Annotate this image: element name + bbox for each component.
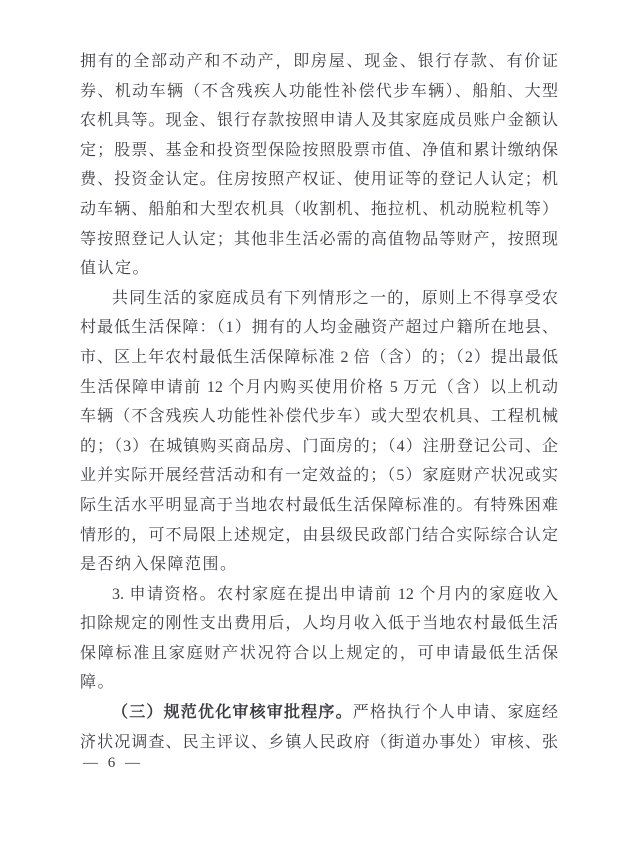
text-line: 际生活水平明显高于当地农村最低生活保障标准的。有特殊困难 xyxy=(80,491,558,521)
text-line: 障。 xyxy=(80,668,558,698)
text-line: （三）规范优化审核审批程序。严格执行个人申请、家庭经 xyxy=(80,698,558,728)
text-line: 是否纳入保障范围。 xyxy=(80,550,558,580)
text-line: 值认定。 xyxy=(80,254,558,284)
text-line: 定；股票、基金和投资型保险按照股票市值、净值和累计缴纳保 xyxy=(80,136,558,166)
text-line: 等按照登记人认定；其他非生活必需的高值物品等财产，按照现 xyxy=(80,225,558,255)
document-page: 拥有的全部动产和不动产，即房屋、现金、银行存款、有价证 券、机动车辆（不含残疾人… xyxy=(0,0,641,859)
text-line: 生活保障申请前 12 个月内购买使用价格 5 万元（含）以上机动 xyxy=(80,373,558,403)
text-line: 的；（3）在城镇购买商品房、门面房的；（4）注册登记公司、企 xyxy=(80,432,558,462)
document-body: 拥有的全部动产和不动产，即房屋、现金、银行存款、有价证 券、机动车辆（不含残疾人… xyxy=(80,47,558,757)
text-line: 农机具等。现金、银行存款按照申请人及其家庭成员账户金额认 xyxy=(80,106,558,136)
section-heading: （三）规范优化审核审批程序。 xyxy=(112,704,353,721)
text-line: 动车辆、船舶和大型农机具（收割机、拖拉机、机动脱粒机等） xyxy=(80,195,558,225)
text-line: 济状况调查、民主评议、乡镇人民政府（街道办事处）审核、张 xyxy=(80,728,558,758)
text-line: 共同生活的家庭成员有下列情形之一的，原则上不得享受农 xyxy=(80,284,558,314)
paragraph: （三）规范优化审核审批程序。严格执行个人申请、家庭经 济状况调查、民主评议、乡镇… xyxy=(80,698,558,757)
text-line: 业并实际开展经营活动和有一定效益的；（5）家庭财产状况或实 xyxy=(80,461,558,491)
text-line: 车辆（不含残疾人功能性补偿代步车）或大型农机具、工程机械 xyxy=(80,402,558,432)
text-line: 券、机动车辆（不含残疾人功能性补偿代步车辆）、船舶、大型 xyxy=(80,77,558,107)
text-line: 情形的，可不局限上述规定，由县级民政部门结合实际综合认定 xyxy=(80,521,558,551)
paragraph: 3. 申请资格。农村家庭在提出申请前 12 个月内的家庭收入 扣除规定的刚性支出… xyxy=(80,580,558,698)
text-line: 3. 申请资格。农村家庭在提出申请前 12 个月内的家庭收入 xyxy=(80,580,558,610)
text-segment: 严格执行个人申请、家庭经 xyxy=(353,704,558,721)
page-number: — 6 — xyxy=(83,753,143,773)
text-line: 村最低生活保障：（1）拥有的人均金融资产超过户籍所在地县、 xyxy=(80,313,558,343)
text-line: 费、投资金认定。住房按照产权证、使用证等的登记人认定；机 xyxy=(80,165,558,195)
paragraph: 拥有的全部动产和不动产，即房屋、现金、银行存款、有价证 券、机动车辆（不含残疾人… xyxy=(80,47,558,284)
text-line: 扣除规定的刚性支出费用后，人均月收入低于当地农村最低生活 xyxy=(80,609,558,639)
paragraph: 共同生活的家庭成员有下列情形之一的，原则上不得享受农 村最低生活保障：（1）拥有… xyxy=(80,284,558,580)
text-line: 拥有的全部动产和不动产，即房屋、现金、银行存款、有价证 xyxy=(80,47,558,77)
text-line: 保障标准且家庭财产状况符合以上规定的，可申请最低生活保 xyxy=(80,639,558,669)
text-line: 市、区上年农村最低生活保障标准 2 倍（含）的；（2）提出最低 xyxy=(80,343,558,373)
